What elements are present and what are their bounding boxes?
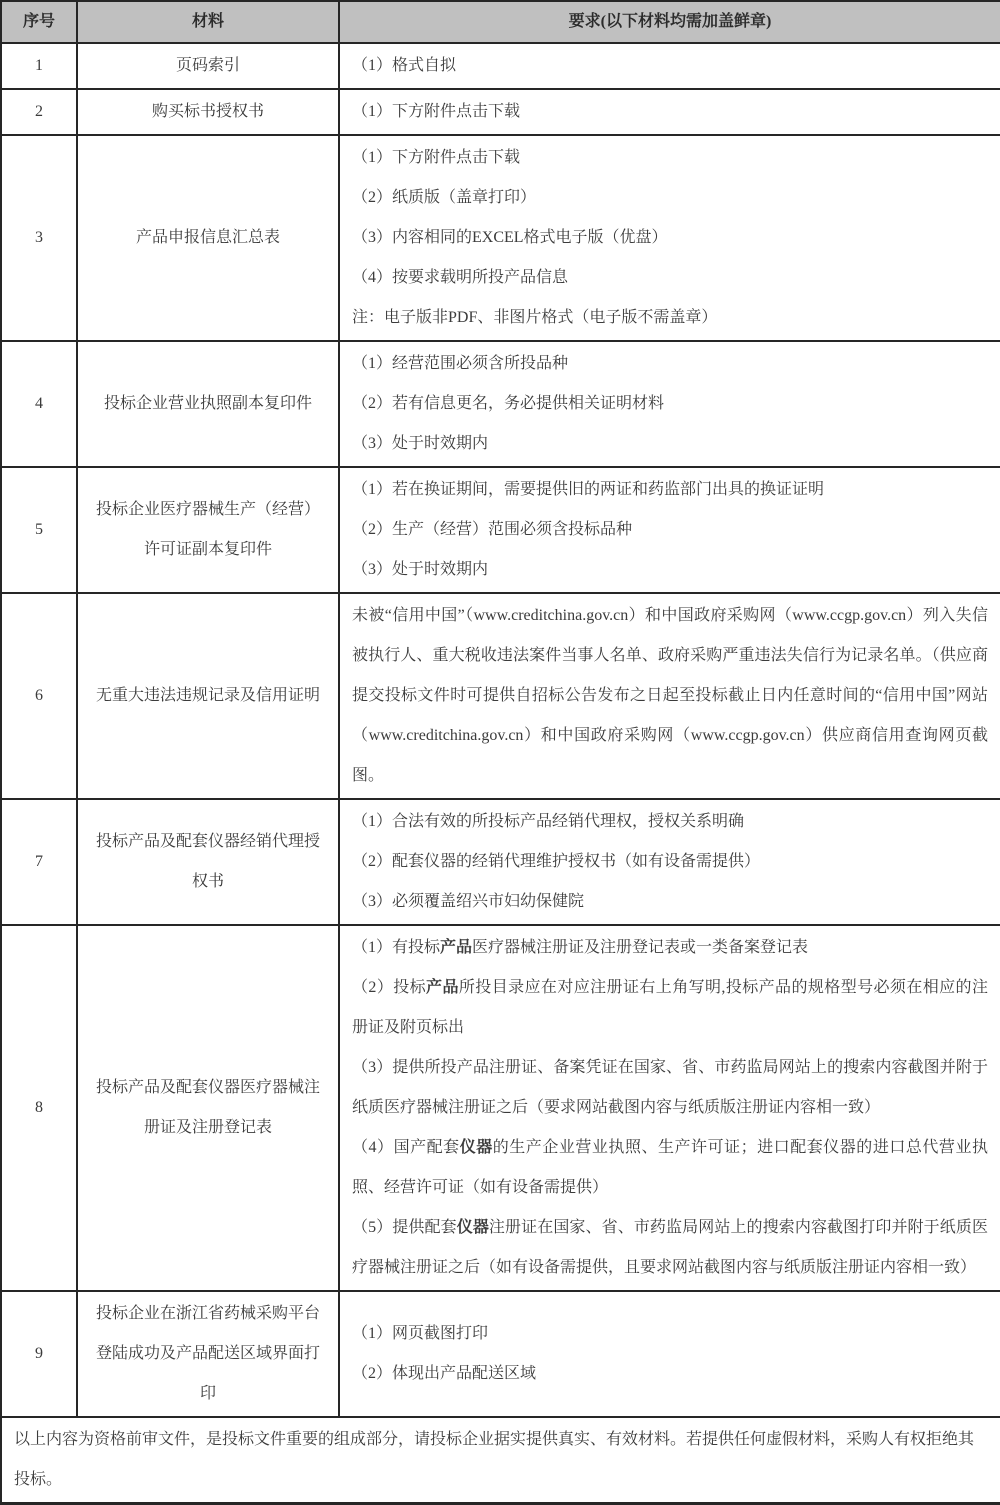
- material-line: 投标企业营业执照副本复印件: [84, 384, 332, 424]
- requirement-text-bold: 仪器: [460, 1139, 493, 1156]
- footer-row: 以上内容为资格前审文件，是投标文件重要的组成部分，请投标企业据实提供真实、有效材…: [1, 1417, 1000, 1504]
- requirement-item: （3）必须覆盖绍兴市妇幼保健院: [352, 882, 988, 922]
- requirement-item: （4）按要求载明所投产品信息: [352, 258, 988, 298]
- document-page: 序号 材料 要求(以下材料均需加盖鲜章) 1页码索引（1）格式自拟2购买标书授权…: [0, 0, 1000, 1505]
- material-cell: 投标产品及配套仪器经销代理授权书: [77, 799, 339, 925]
- requirement-text: （2）纸质版（盖章打印）: [352, 189, 536, 206]
- material-line: 许可证副本复印件: [84, 530, 332, 570]
- requirements-cell: （1）网页截图打印（2）体现出产品配送区域: [339, 1291, 1000, 1417]
- requirement-item: （5）提供配套仪器注册证在国家、省、市药监局网站上的搜索内容截图打印并附于纸质医…: [352, 1208, 988, 1288]
- requirement-text: （2）投标: [352, 979, 426, 996]
- requirements-cell: 未被“信用中国”（www.creditchina.gov.cn）和中国政府采购网…: [339, 593, 1000, 799]
- requirement-text: （1）下方附件点击下载: [352, 149, 520, 166]
- requirement-item: （3）处于时效期内: [352, 550, 988, 590]
- requirement-item: （3）处于时效期内: [352, 424, 988, 464]
- material-line: 购买标书授权书: [84, 92, 332, 132]
- table-row: 5投标企业医疗器械生产（经营）许可证副本复印件（1）若在换证期间，需要提供旧的两…: [1, 467, 1000, 593]
- material-cell: 购买标书授权书: [77, 89, 339, 135]
- requirement-text-bold: 产品: [440, 939, 472, 956]
- requirement-text: （3）处于时效期内: [352, 435, 488, 452]
- header-cell-requirements: 要求(以下材料均需加盖鲜章): [339, 1, 1000, 43]
- requirement-item: （1）若在换证期间，需要提供旧的两证和药监部门出具的换证证明: [352, 470, 988, 510]
- requirement-item: （2）投标产品所投目录应在对应注册证右上角写明,投标产品的规格型号必须在相应的注…: [352, 968, 988, 1048]
- material-line: 页码索引: [84, 46, 332, 86]
- requirement-text: （1）经营范围必须含所投品种: [352, 355, 568, 372]
- requirement-text: （3）提供所投产品注册证、备案凭证在国家、省、市药监局网站上的搜索内容截图并附于…: [352, 1059, 988, 1116]
- footer-text: 以上内容为资格前审文件，是投标文件重要的组成部分，请投标企业据实提供真实、有效材…: [14, 1431, 974, 1488]
- table-row: 1页码索引（1）格式自拟: [1, 43, 1000, 89]
- requirement-text: （1）下方附件点击下载: [352, 103, 520, 120]
- table-row: 3产品申报信息汇总表（1）下方附件点击下载（2）纸质版（盖章打印）（3）内容相同…: [1, 135, 1000, 341]
- row-number-cell: 4: [1, 341, 77, 467]
- requirement-text: （4）国产配套: [352, 1139, 460, 1156]
- table-row: 4投标企业营业执照副本复印件（1）经营范围必须含所投品种（2）若有信息更名，务必…: [1, 341, 1000, 467]
- row-number-cell: 1: [1, 43, 77, 89]
- material-line: 无重大违法违规记录及信用证明: [84, 676, 332, 716]
- requirement-item: （1）合法有效的所投标产品经销代理权，授权关系明确: [352, 802, 988, 842]
- requirement-item: （4）国产配套仪器的生产企业营业执照、生产许可证；进口配套仪器的进口总代营业执照…: [352, 1128, 988, 1208]
- requirement-text: （2）生产（经营）范围必须含投标品种: [352, 521, 632, 538]
- requirement-text: 未被“信用中国”（www.creditchina.gov.cn）和中国政府采购网…: [352, 607, 988, 784]
- requirement-text: （1）网页截图打印: [352, 1325, 488, 1342]
- requirement-item: 未被“信用中国”（www.creditchina.gov.cn）和中国政府采购网…: [352, 596, 988, 796]
- requirement-text: （4）按要求载明所投产品信息: [352, 269, 568, 286]
- requirement-item: （1）经营范围必须含所投品种: [352, 344, 988, 384]
- requirements-cell: （1）格式自拟: [339, 43, 1000, 89]
- requirements-cell: （1）若在换证期间，需要提供旧的两证和药监部门出具的换证证明（2）生产（经营）范…: [339, 467, 1000, 593]
- material-line: 投标企业在浙江省药械采购平台: [84, 1294, 332, 1334]
- requirement-text: （1）若在换证期间，需要提供旧的两证和药监部门出具的换证证明: [352, 481, 824, 498]
- requirement-item: 注：电子版非PDF、非图片格式（电子版不需盖章）: [352, 298, 988, 338]
- material-cell: 投标产品及配套仪器医疗器械注册证及注册登记表: [77, 925, 339, 1291]
- row-number-cell: 2: [1, 89, 77, 135]
- requirement-text: （3）处于时效期内: [352, 561, 488, 578]
- requirements-cell: （1）下方附件点击下载（2）纸质版（盖章打印）（3）内容相同的EXCEL格式电子…: [339, 135, 1000, 341]
- table-row: 6无重大违法违规记录及信用证明未被“信用中国”（www.creditchina.…: [1, 593, 1000, 799]
- table-header-row: 序号 材料 要求(以下材料均需加盖鲜章): [1, 1, 1000, 43]
- requirements-cell: （1）合法有效的所投标产品经销代理权，授权关系明确（2）配套仪器的经销代理维护授…: [339, 799, 1000, 925]
- requirement-text: （1）合法有效的所投标产品经销代理权，授权关系明确: [352, 813, 744, 830]
- requirement-item: （1）下方附件点击下载: [352, 92, 988, 132]
- material-line: 登陆成功及产品配送区域界面打: [84, 1334, 332, 1374]
- requirement-item: （3）内容相同的EXCEL格式电子版（优盘）: [352, 218, 988, 258]
- requirement-item: （2）生产（经营）范围必须含投标品种: [352, 510, 988, 550]
- material-cell: 投标企业医疗器械生产（经营）许可证副本复印件: [77, 467, 339, 593]
- requirement-text: （1）有投标: [352, 939, 440, 956]
- requirement-text: 医疗器械注册证及注册登记表或一类备案登记表: [472, 939, 808, 956]
- material-line: 投标产品及配套仪器医疗器械注: [84, 1068, 332, 1108]
- requirement-text: （2）若有信息更名，务必提供相关证明材料: [352, 395, 664, 412]
- requirement-item: （2）配套仪器的经销代理维护授权书（如有设备需提供）: [352, 842, 988, 882]
- requirement-item: （1）格式自拟: [352, 46, 988, 86]
- row-number-cell: 8: [1, 925, 77, 1291]
- material-line: 投标企业医疗器械生产（经营）: [84, 490, 332, 530]
- requirement-item: （1）网页截图打印: [352, 1314, 988, 1354]
- material-line: 印: [84, 1374, 332, 1414]
- requirement-text: 注：电子版非PDF、非图片格式（电子版不需盖章）: [352, 309, 717, 326]
- requirement-text: （2）体现出产品配送区域: [352, 1365, 536, 1382]
- requirements-cell: （1）经营范围必须含所投品种（2）若有信息更名，务必提供相关证明材料（3）处于时…: [339, 341, 1000, 467]
- requirement-text-bold: 仪器: [457, 1219, 489, 1236]
- row-number-cell: 6: [1, 593, 77, 799]
- row-number-cell: 9: [1, 1291, 77, 1417]
- material-line: 投标产品及配套仪器经销代理授: [84, 822, 332, 862]
- header-cell-material: 材料: [77, 1, 339, 43]
- material-cell: 产品申报信息汇总表: [77, 135, 339, 341]
- footer-cell: 以上内容为资格前审文件，是投标文件重要的组成部分，请投标企业据实提供真实、有效材…: [1, 1417, 1000, 1504]
- table-body: 1页码索引（1）格式自拟2购买标书授权书（1）下方附件点击下载3产品申报信息汇总…: [1, 43, 1000, 1417]
- material-cell: 页码索引: [77, 43, 339, 89]
- requirement-item: （1）有投标产品医疗器械注册证及注册登记表或一类备案登记表: [352, 928, 988, 968]
- requirement-text-bold: 产品: [426, 979, 459, 996]
- requirements-cell: （1）下方附件点击下载: [339, 89, 1000, 135]
- requirement-item: （2）若有信息更名，务必提供相关证明材料: [352, 384, 988, 424]
- requirement-text: （3）必须覆盖绍兴市妇幼保健院: [352, 893, 584, 910]
- row-number-cell: 5: [1, 467, 77, 593]
- material-line: 册证及注册登记表: [84, 1108, 332, 1148]
- table-row: 7投标产品及配套仪器经销代理授权书（1）合法有效的所投标产品经销代理权，授权关系…: [1, 799, 1000, 925]
- header-cell-no: 序号: [1, 1, 77, 43]
- requirement-item: （2）体现出产品配送区域: [352, 1354, 988, 1394]
- requirements-cell: （1）有投标产品医疗器械注册证及注册登记表或一类备案登记表（2）投标产品所投目录…: [339, 925, 1000, 1291]
- requirements-table: 序号 材料 要求(以下材料均需加盖鲜章) 1页码索引（1）格式自拟2购买标书授权…: [0, 0, 1000, 1505]
- material-line: 产品申报信息汇总表: [84, 218, 332, 258]
- table-row: 2购买标书授权书（1）下方附件点击下载: [1, 89, 1000, 135]
- row-number-cell: 3: [1, 135, 77, 341]
- material-cell: 无重大违法违规记录及信用证明: [77, 593, 339, 799]
- table-row: 9投标企业在浙江省药械采购平台登陆成功及产品配送区域界面打印（1）网页截图打印（…: [1, 1291, 1000, 1417]
- requirement-item: （2）纸质版（盖章打印）: [352, 178, 988, 218]
- material-line: 权书: [84, 862, 332, 902]
- row-number-cell: 7: [1, 799, 77, 925]
- table-row: 8投标产品及配套仪器医疗器械注册证及注册登记表（1）有投标产品医疗器械注册证及注…: [1, 925, 1000, 1291]
- requirement-item: （1）下方附件点击下载: [352, 138, 988, 178]
- requirement-text: （2）配套仪器的经销代理维护授权书（如有设备需提供）: [352, 853, 760, 870]
- requirement-item: （3）提供所投产品注册证、备案凭证在国家、省、市药监局网站上的搜索内容截图并附于…: [352, 1048, 988, 1128]
- material-cell: 投标企业在浙江省药械采购平台登陆成功及产品配送区域界面打印: [77, 1291, 339, 1417]
- material-cell: 投标企业营业执照副本复印件: [77, 341, 339, 467]
- requirement-text: （3）内容相同的EXCEL格式电子版（优盘）: [352, 229, 668, 246]
- requirement-text: （5）提供配套: [352, 1219, 457, 1236]
- requirement-text: （1）格式自拟: [352, 57, 456, 74]
